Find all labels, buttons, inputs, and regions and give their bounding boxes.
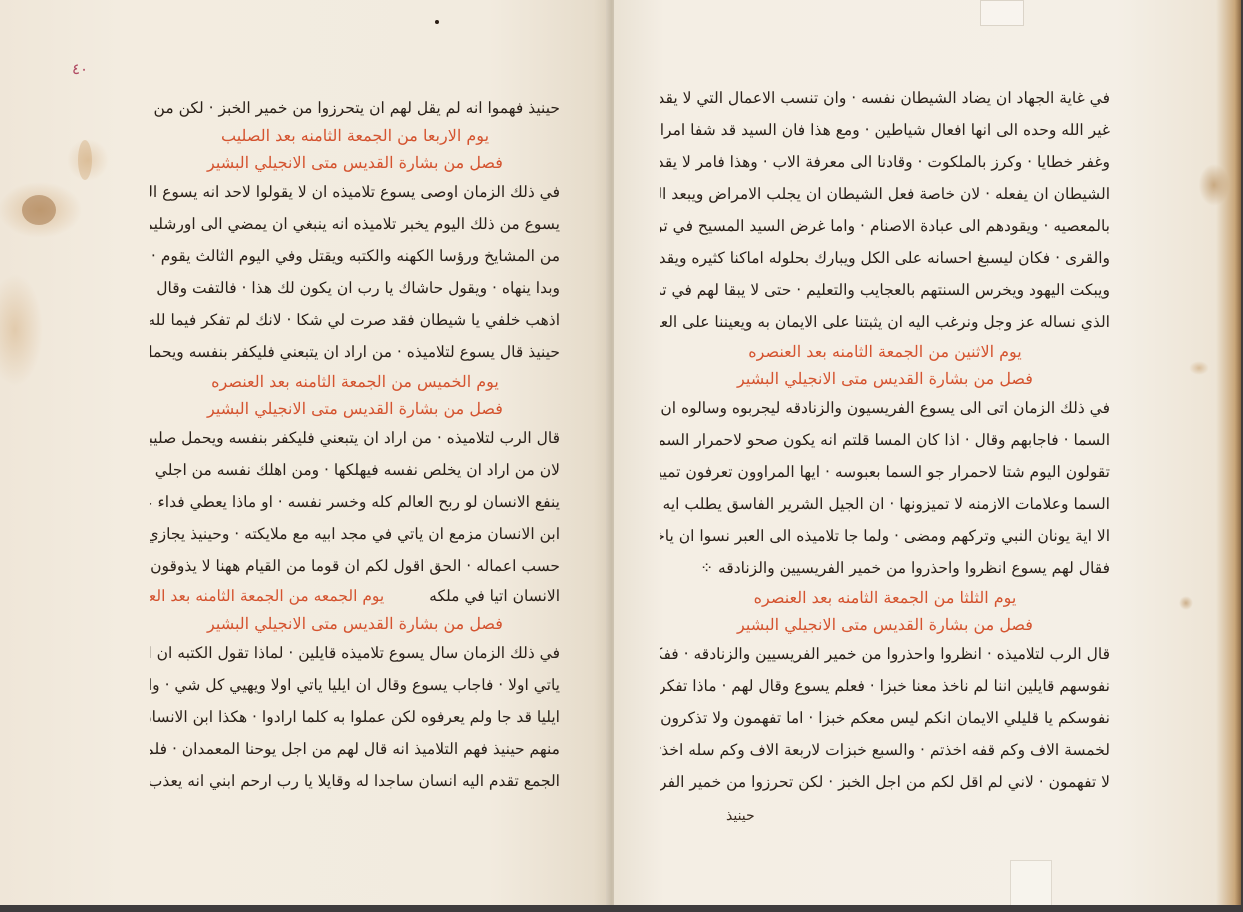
text-line: في ذلك الزمان اوصى يسوع تلاميذه ان لا يق… bbox=[150, 176, 560, 208]
ink-speck bbox=[435, 20, 439, 24]
text-line: الشيطان ان يفعله ‧ لان خاصة فعل الشيطان … bbox=[660, 178, 1110, 210]
text-line: وغفر خطايا ‧ وكرز بالملكوت ‧ وقادنا الى … bbox=[660, 146, 1110, 178]
left-text-block: حينيذ فهموا انه لم يقل لهم ان يتحرزوا من… bbox=[150, 92, 560, 797]
text-line: في ذلك الزمان اتى الى يسوع الفريسيون وال… bbox=[660, 392, 1110, 424]
text-line: بالمعصيه ‧ ويقودهم الى عبادة الاصنام ‧ و… bbox=[660, 210, 1110, 242]
text-line: نفوسهم قايلين اننا لم ناخذ معنا خبزا ‧ ف… bbox=[660, 670, 1110, 702]
text-line: من المشايخ ورؤسا الكهنه والكتبه ويقتل وف… bbox=[150, 240, 560, 272]
text-line: اذهب خلفي يا شيطان فقد صرت لي شكا ‧ لانك… bbox=[150, 304, 560, 336]
text-line: الجمع تقدم اليه انسان ساجدا له وقايلا يا… bbox=[150, 765, 560, 797]
rubric-heading: فصل من بشارة القديس متى الانجيلي البشير bbox=[660, 611, 1110, 638]
text-line: منهم حينيذ فهم التلاميذ انه قال لهم من ا… bbox=[150, 733, 560, 765]
text-line: حينيذ قال يسوع لتلاميذه ‧ من اراد ان يتب… bbox=[150, 336, 560, 368]
text-line: في غاية الجهاد ان يضاد الشيطان نفسه ‧ وا… bbox=[660, 82, 1110, 114]
text-line: قال الرب لتلاميذه ‧ من اراد ان يتبعني فل… bbox=[150, 422, 560, 454]
text-line: ويبكت اليهود ويخرس السنتهم بالعجايب والت… bbox=[660, 274, 1110, 306]
text-line: السما وعلامات الازمنه لا تميزونها ‧ ان ا… bbox=[660, 488, 1110, 520]
rubric-heading: يوم الثلثا من الجمعة الثامنه بعد العنصره bbox=[660, 584, 1110, 611]
text-line: تقولون اليوم شتا لاحمرار جو السما بعبوسه… bbox=[660, 456, 1110, 488]
stain bbox=[78, 140, 92, 180]
right-text-block: في غاية الجهاد ان يضاد الشيطان نفسه ‧ وا… bbox=[660, 82, 1110, 798]
manuscript-spread: ٤٠ حينيذ فهموا انه لم يقل لهم ان يتحرزوا… bbox=[0, 0, 1243, 905]
stain bbox=[22, 195, 56, 225]
catchword: حينيذ bbox=[726, 808, 755, 824]
text-segment: الانسان اتيا في ملكه bbox=[429, 587, 560, 605]
text-line: ابن الانسان مزمع ان ياتي في مجد ابيه مع … bbox=[150, 518, 560, 550]
text-line-mixed: الانسان اتيا في ملكه يوم الجمعه من الجمع… bbox=[150, 582, 560, 610]
rubric-heading: فصل من بشارة القديس متى الانجيلي البشير bbox=[150, 395, 560, 422]
text-line: غير الله وحده الى انها افعال شياطين ‧ وم… bbox=[660, 114, 1110, 146]
text-line: وبدا ينهاه ‧ ويقول حاشاك يا رب ان يكون ل… bbox=[150, 272, 560, 304]
text-line: قال الرب لتلاميذه ‧ انظروا واحذروا من خم… bbox=[660, 638, 1110, 670]
text-line: لا تفهمون ‧ لاني لم اقل لكم من اجل الخبز… bbox=[660, 766, 1110, 798]
text-line: والقرى ‧ فكان ليسبغ احسانه على الكل ويبا… bbox=[660, 242, 1110, 274]
rubric-heading: فصل من بشارة القديس متى الانجيلي البشير bbox=[660, 365, 1110, 392]
text-line: نفوسكم يا قليلي الايمان انكم ليس معكم خب… bbox=[660, 702, 1110, 734]
right-page: في غاية الجهاد ان يضاد الشيطان نفسه ‧ وا… bbox=[614, 0, 1241, 905]
text-line: السما ‧ فاجابهم وقال ‧ اذا كان المسا قلت… bbox=[660, 424, 1110, 456]
paper-repair-tab bbox=[1010, 860, 1052, 905]
text-line: ايليا قد جا ولم يعرفوه لكن عملوا به كلما… bbox=[150, 701, 560, 733]
text-line: الذي نساله عز وجل ونرغب اليه ان يثبتنا ع… bbox=[660, 306, 1110, 338]
text-line: فقال لهم يسوع انظروا واحذروا من خمير الف… bbox=[660, 552, 1110, 584]
rubric-heading: فصل من بشارة القديس متى الانجيلي البشير bbox=[150, 610, 560, 637]
text-line: حينيذ فهموا انه لم يقل لهم ان يتحرزوا من… bbox=[150, 92, 560, 122]
rubric-heading-inline: يوم الجمعه من الجمعة الثامنه بعد العنصره bbox=[150, 587, 384, 605]
rubric-heading: يوم الخميس من الجمعة الثامنه بعد العنصره bbox=[150, 368, 560, 395]
left-page: ٤٠ حينيذ فهموا انه لم يقل لهم ان يتحرزوا… bbox=[0, 0, 612, 905]
rubric-heading: فصل من بشارة القديس متى الانجيلي البشير bbox=[150, 149, 560, 176]
text-line: الا اية يونان النبي وتركهم ومضى ‧ ولما ج… bbox=[660, 520, 1110, 552]
text-line: حسب اعماله ‧ الحق اقول لكم ان قوما من ال… bbox=[150, 550, 560, 582]
text-line: لان من اراد ان يخلص نفسه فيهلكها ‧ ومن ا… bbox=[150, 454, 560, 486]
text-line: لخمسة الاف وكم قفه اخذتم ‧ والسبع خبزات … bbox=[660, 734, 1110, 766]
rubric-heading: يوم الاربعا من الجمعة الثامنه بعد الصليب bbox=[150, 122, 560, 149]
text-line: في ذلك الزمان سال يسوع تلاميذه قايلين ‧ … bbox=[150, 637, 560, 669]
text-line: ياتي اولا ‧ فاجاب يسوع وقال ان ايليا يات… bbox=[150, 669, 560, 701]
text-line: ينفع الانسان لو ربح العالم كله وخسر نفسه… bbox=[150, 486, 560, 518]
text-line: يسوع من ذلك اليوم يخبر تلاميذه انه ينبغي… bbox=[150, 208, 560, 240]
folio-number: ٤٠ bbox=[72, 60, 88, 78]
paper-repair-tab bbox=[980, 0, 1024, 26]
rubric-heading: يوم الاثنين من الجمعة الثامنه بعد العنصر… bbox=[660, 338, 1110, 365]
